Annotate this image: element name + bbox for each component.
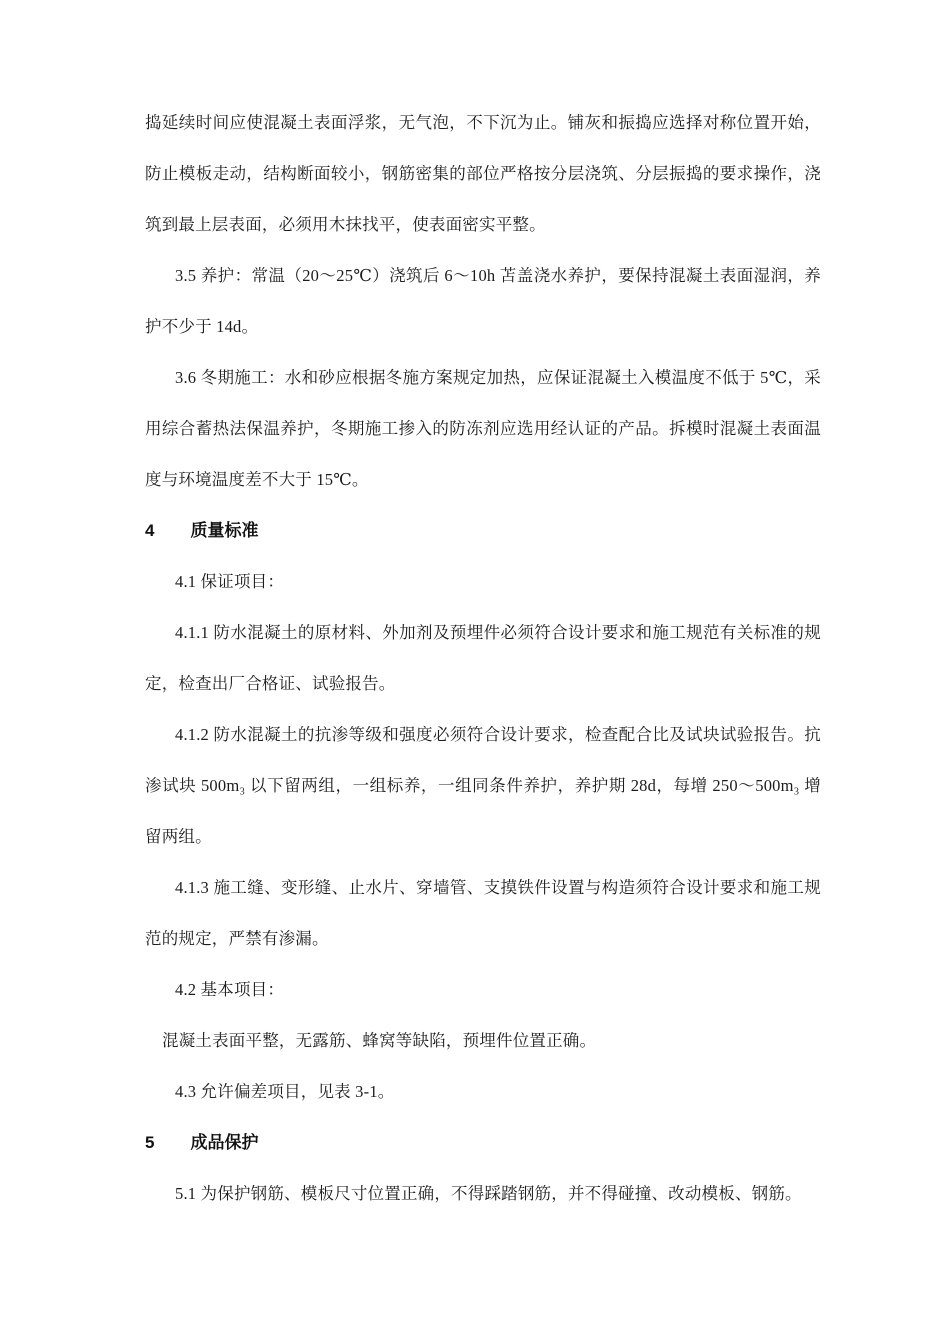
section-title: 质量标准 [190,521,258,540]
paragraph-3-6-winter-construction: 3.6 冬期施工：水和砂应根据冬施方案规定加热，应保证混凝土入模温度不低于 5℃… [145,352,821,505]
paragraph-continuation: 捣延续时间应使混凝土表面浮浆，无气泡，不下沉为止。铺灰和振捣应选择对称位置开始，… [145,97,821,250]
paragraph-4-1-guarantee-items: 4.1 保证项目： [145,556,821,607]
section-heading-5-finished-product-protection: 5成品保护 [145,1117,821,1168]
section-number: 5 [145,1133,154,1152]
section-title: 成品保护 [190,1133,258,1152]
paragraph-3-5-curing: 3.5 养护：常温（20～25℃）浇筑后 6～10h 苫盖浇水养护，要保持混凝土… [145,250,821,352]
section-heading-4-quality-standard: 4质量标准 [145,505,821,556]
paragraph-surface-flatness: 混凝土表面平整，无露筋、蜂窝等缺陷，预埋件位置正确。 [145,1015,821,1066]
paragraph-4-1-3-construction-joints: 4.1.3 施工缝、变形缝、止水片、穿墙管、支摸铁件设置与构造须符合设计要求和施… [145,862,821,964]
document-text-column: 捣延续时间应使混凝土表面浮浆，无气泡，不下沉为止。铺灰和振捣应选择对称位置开始，… [0,0,950,1219]
paragraph-5-1-protect-rebar-formwork: 5.1 为保护钢筋、模板尺寸位置正确，不得踩踏钢筋，并不得碰撞、改动模板、钢筋。 [145,1168,821,1219]
document-page: 捣延续时间应使混凝土表面浮浆，无气泡，不下沉为止。铺灰和振捣应选择对称位置开始，… [0,0,950,1344]
paragraph-4-3-allowable-deviation: 4.3 允许偏差项目，见表 3-1。 [145,1066,821,1117]
paragraph-4-2-basic-items: 4.2 基本项目： [145,964,821,1015]
section-number: 4 [145,521,154,540]
paragraph-4-1-2-impermeability-grade: 4.1.2 防水混凝土的抗渗等级和强度必须符合设计要求，检查配合比及试块试验报告… [145,709,821,862]
paragraph-4-1-1-raw-materials: 4.1.1 防水混凝土的原材料、外加剂及预埋件必须符合设计要求和施工规范有关标准… [145,607,821,709]
